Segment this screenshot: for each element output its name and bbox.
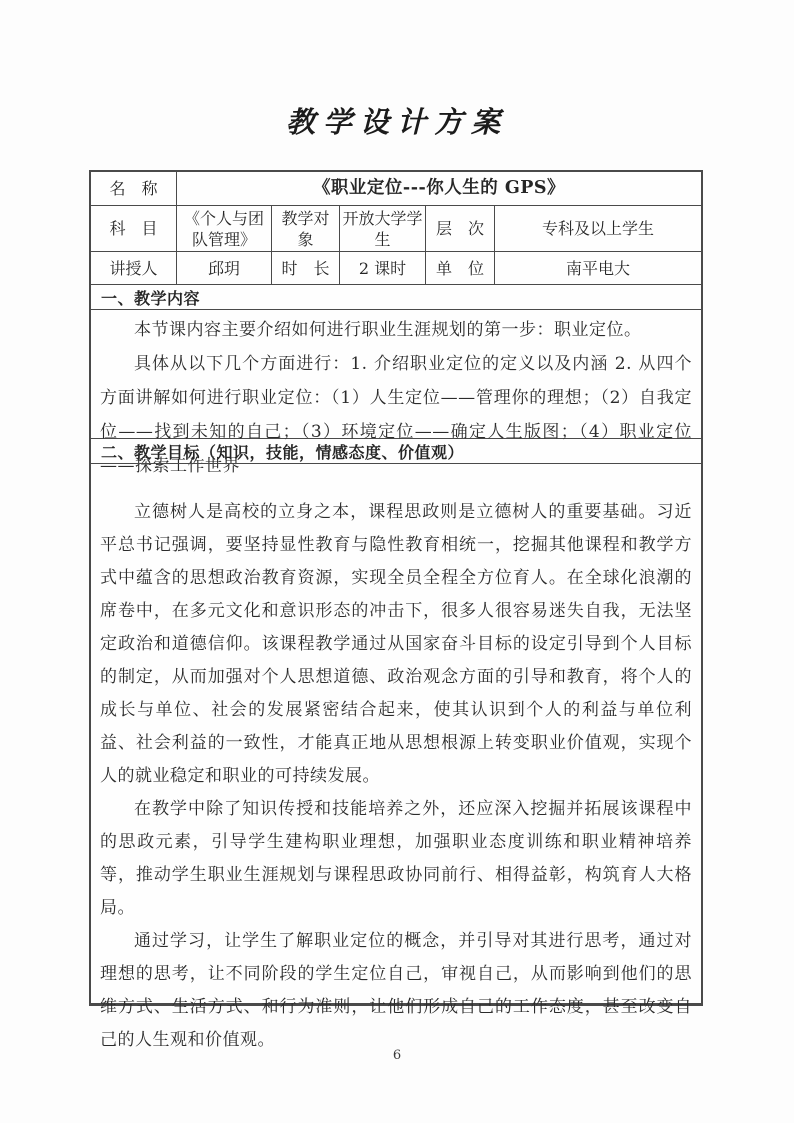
section2-paragraph: 通过学习，让学生了解职业定位的概念，并引导对其进行思考，通过对理想的思考，让不同… [100, 925, 692, 1057]
page-number: 6 [0, 1048, 794, 1063]
section1-paragraph: 本节课内容主要介绍如何进行职业生涯规划的第一步：职业定位。 [100, 313, 692, 347]
duration-label-cell: 时 长 [272, 252, 340, 284]
table-row-name: 名 称 《职业定位---你人生的 GPS》 [91, 172, 701, 206]
lecturer-value-cell: 邱玥 [177, 252, 272, 284]
lecturer-label-cell: 讲授人 [91, 252, 177, 284]
name-value-cell: 《职业定位---你人生的 GPS》 [177, 172, 701, 205]
table-row-lecturer: 讲授人 邱玥 时 长 2 课时 单 位 南平电大 [91, 252, 701, 285]
unit-value-cell: 南平电大 [495, 252, 701, 284]
duration-value-cell: 2 课时 [340, 252, 426, 284]
subject-label-cell: 科 目 [91, 206, 177, 251]
section1-content: 本节课内容主要介绍如何进行职业生涯规划的第一步：职业定位。 具体从以下几个方面进… [91, 310, 701, 439]
section2-paragraph: 在教学中除了知识传授和技能培养之外，还应深入挖掘并拓展该课程中的思政元素，引导学… [100, 793, 692, 925]
unit-label-cell: 单 位 [426, 252, 495, 284]
table-row-subject: 科 目 《个人与团队管理》 教学对象 开放大学学生 层 次 专科及以上学生 [91, 206, 701, 252]
section2-header: 二、教学目标（知识，技能，情感态度、价值观） [91, 439, 701, 464]
section2-paragraph: 立德树人是高校的立身之本，课程思政则是立德树人的重要基础。习近平总书记强调，要坚… [100, 496, 692, 793]
document-title: 教学设计方案 [0, 100, 794, 141]
section2-content: 立德树人是高校的立身之本，课程思政则是立德树人的重要基础。习近平总书记强调，要坚… [91, 464, 701, 1057]
document-page: 教学设计方案 名 称 《职业定位---你人生的 GPS》 科 目 《个人与团队管… [0, 0, 794, 1123]
subject-value-cell: 《个人与团队管理》 [177, 206, 272, 251]
level-value-cell: 专科及以上学生 [495, 206, 701, 251]
section1-header: 一、教学内容 [91, 285, 701, 310]
teaching-object-label-cell: 教学对象 [272, 206, 340, 251]
teaching-object-value-cell: 开放大学学生 [340, 206, 426, 251]
lesson-plan-table: 名 称 《职业定位---你人生的 GPS》 科 目 《个人与团队管理》 教学对象… [89, 170, 703, 1006]
name-label-cell: 名 称 [91, 172, 177, 205]
level-label-cell: 层 次 [426, 206, 495, 251]
